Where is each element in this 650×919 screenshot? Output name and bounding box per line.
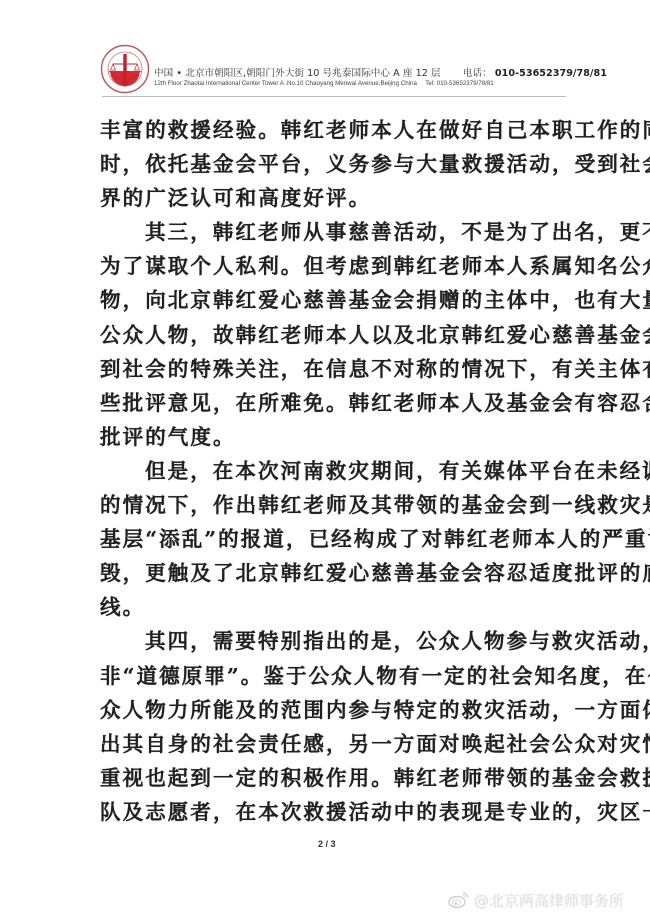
text-line: 重视也起到一定的积极作用。韩红老师带领的基金会救援团: [100, 761, 570, 795]
text-line: 时，依托基金会平台，义务参与大量救援活动，受到社会各: [100, 147, 570, 181]
tel-number-cn: 010-53652379/78/81: [495, 68, 607, 79]
text-line: 毁，更触及了北京韩红爱心慈善基金会容忍适度批评的底: [100, 556, 570, 590]
tel-number-en: 010-53652379/78/81: [437, 80, 494, 87]
watermark-text: @北京两高律师事务所: [474, 890, 624, 911]
weibo-watermark: @北京两高律师事务所: [448, 889, 624, 911]
text-line: 非“道德原罪”。鉴于公众人物有一定的社会知名度，在公: [100, 659, 570, 693]
text-line: 些批评意见，在所难免。韩红老师本人及基金会有容忍合理: [100, 386, 570, 420]
text-line: 队及志愿者，在本次救援活动中的表现是专业的，灾区一线: [100, 795, 570, 829]
text-line: 物，向北京韩红爱心慈善基金会捐赠的主体中，也有大量的: [100, 283, 570, 317]
address-cn-text: 中国 • 北京市朝阳区,朝阳门外大街 10 号兆泰国际中心 A 座 12 层: [154, 68, 441, 79]
letterhead-divider: [102, 96, 566, 97]
law-firm-seal-icon: · · · · · · ·: [100, 44, 150, 94]
text-line: 的情况下，作出韩红老师及其带领的基金会到一线救灾是给: [100, 488, 570, 522]
text-line: 其四，需要特别指出的是，公众人物参与救灾活动，并: [100, 624, 570, 658]
address-en-text: 12th Floor Zhaotai International Center …: [154, 80, 417, 87]
text-line: 线。: [100, 590, 570, 624]
text-line: 基层“添乱”的报道，已经构成了对韩红老师本人的严重诋: [100, 522, 570, 556]
tel-label-cn: 电话：: [463, 68, 492, 79]
text-line: 众人物力所能及的范围内参与特定的救灾活动，一方面体现: [100, 693, 570, 727]
address-english: 12th Floor Zhaotai International Center …: [154, 80, 494, 87]
text-line: 其三，韩红老师从事慈善活动，不是为了出名，更不是: [100, 215, 570, 249]
tel-label-en: Tel:: [425, 80, 435, 87]
document-body: 丰富的救援经验。韩红老师本人在做好自己本职工作的同时，依托基金会平台，义务参与大…: [100, 113, 570, 829]
text-line: 丰富的救援经验。韩红老师本人在做好自己本职工作的同: [100, 113, 570, 147]
text-line: 为了谋取个人私利。但考虑到韩红老师本人系属知名公众人: [100, 249, 570, 283]
text-line: 界的广泛认可和高度好评。: [100, 181, 570, 215]
letterhead: · · · · · · · 中国 • 北京市朝阳区,朝阳门外大街 10 号兆泰国…: [100, 44, 566, 100]
text-line: 出其自身的社会责任感，另一方面对唤起社会公众对灾情的: [100, 727, 570, 761]
address-chinese: 中国 • 北京市朝阳区,朝阳门外大街 10 号兆泰国际中心 A 座 12 层 电…: [154, 65, 607, 79]
text-line: 批评的气度。: [100, 420, 570, 454]
page-number: 2 / 3: [318, 839, 336, 849]
text-line: 但是，在本次河南救灾期间，有关媒体平台在未经调查: [100, 454, 570, 488]
text-line: 公众人物，故韩红老师本人以及北京韩红爱心慈善基金会受: [100, 318, 570, 352]
text-line: 到社会的特殊关注，在信息不对称的情况下，有关主体有一: [100, 352, 570, 386]
weibo-icon: [448, 891, 470, 909]
